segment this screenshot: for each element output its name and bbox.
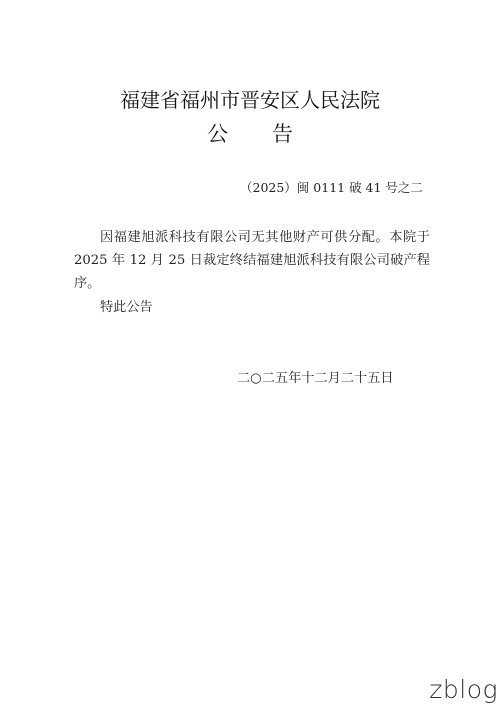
document-page: 福建省福州市晋安区人民法院 公告 （2025）闽 0111 破 41 号之二 因… [0, 0, 500, 707]
title-char-1: 公 [207, 120, 228, 148]
document-title: 公告 [0, 120, 500, 148]
issue-date: 二○二五年十二月二十五日 [237, 369, 394, 389]
watermark-text: zblog [429, 675, 498, 705]
title-char-2: 告 [272, 120, 293, 148]
court-name-heading: 福建省福州市晋安区人民法院 [0, 87, 500, 113]
announcement-body: 因福建旭派科技有限公司无其他财产可供分配。本院于 2025 年 12 月 25 … [74, 226, 430, 295]
closing-statement: 特此公告 [100, 298, 153, 318]
case-number: （2025）闽 0111 破 41 号之二 [240, 179, 423, 197]
